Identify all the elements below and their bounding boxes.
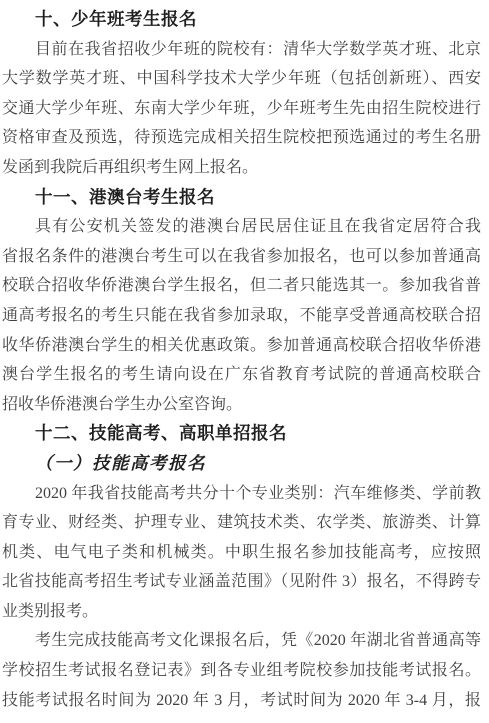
section-hk-macao-taiwan: 十一、港澳台考生报名 具有公安机关签发的港澳台居民居住证且在我省定居符合我 省报…	[2, 183, 481, 420]
paragraph: 具有公安机关签发的港澳台居民居住证且在我省定居符合我 省报名条件的港澳台考生可以…	[2, 212, 481, 419]
section-youth-class: 十、少年班考生报名 目前在我省招收少年班的院校有：清华大学数学英才班、北京 大学…	[2, 5, 481, 183]
text-line: 招收华侨港澳台学生办公室咨询。	[2, 390, 481, 420]
text-line: 交通大学少年班、东南大学少年班，少年班考生先由招生院校进行	[2, 94, 481, 124]
section-heading: 十、少年班考生报名	[2, 5, 481, 35]
text-line: 2020 年我省技能高考共分十个专业类别：汽车维修类、学前教	[2, 479, 481, 509]
text-line: 技能考试报名时间为 2020 年 3 月，考试时间为 2020 年 3-4 月，…	[2, 686, 481, 716]
text-line: 业类别报考。	[2, 597, 481, 627]
section-heading: 十一、港澳台考生报名	[2, 183, 481, 213]
text-line: 发函到我院后再组织考生网上报名。	[2, 153, 481, 183]
section-skills-exam: 十二、技能高考、高职单招报名 （一）技能高考报名 2020 年我省技能高考共分十…	[2, 419, 481, 715]
text-line: 大学数学英才班、中国科学技术大学少年班（包括创新班）、西安	[2, 64, 481, 94]
text-line: 北省技能高考招生考试专业涵盖范围》（见附件 3）报名，不得跨专	[2, 567, 481, 597]
text-line: 目前在我省招收少年班的院校有：清华大学数学英才班、北京	[2, 35, 481, 65]
text-line: 资格审查及预选，待预选完成相关招生院校把预选通过的考生名册	[2, 123, 481, 153]
text-line: 通高考报名的考生只能在我省参加录取，不能享受普通高校联合招	[2, 301, 481, 331]
paragraph: 考生完成技能高考文化课报名后，凭《2020 年湖北省普通高等 学校招生考试报名登…	[2, 626, 481, 715]
subsection-heading: （一）技能高考报名	[2, 449, 481, 479]
text-line: 校联合招收华侨港澳台学生报名，但二者只能选其一。参加我省普	[2, 271, 481, 301]
text-line: 学校招生考试报名登记表》到各专业组考院校参加技能考试报名。	[2, 656, 481, 686]
text-line: 考生完成技能高考文化课报名后，凭《2020 年湖北省普通高等	[2, 626, 481, 656]
text-line: 机类、电气电子类和机械类。中职生报名参加技能高考，应按照《湖	[2, 538, 481, 568]
paragraph: 目前在我省招收少年班的院校有：清华大学数学英才班、北京 大学数学英才班、中国科学…	[2, 35, 481, 183]
text-line: 育专业、财经类、护理专业、建筑技术类、农学类、旅游类、计算	[2, 508, 481, 538]
text-line: 具有公安机关签发的港澳台居民居住证且在我省定居符合我	[2, 212, 481, 242]
document-page: 十、少年班考生报名 目前在我省招收少年班的院校有：清华大学数学英才班、北京 大学…	[0, 0, 489, 723]
text-line: 省报名条件的港澳台考生可以在我省参加报名，也可以参加普通高	[2, 242, 481, 272]
text-line: 收华侨港澳台学生的相关优惠政策。参加普通高校联合招收华侨港	[2, 331, 481, 361]
section-heading: 十二、技能高考、高职单招报名	[2, 419, 481, 449]
text-line: 澳台学生报名的考生请向设在广东省教育考试院的普通高校联合	[2, 360, 481, 390]
paragraph: 2020 年我省技能高考共分十个专业类别：汽车维修类、学前教 育专业、财经类、护…	[2, 479, 481, 627]
